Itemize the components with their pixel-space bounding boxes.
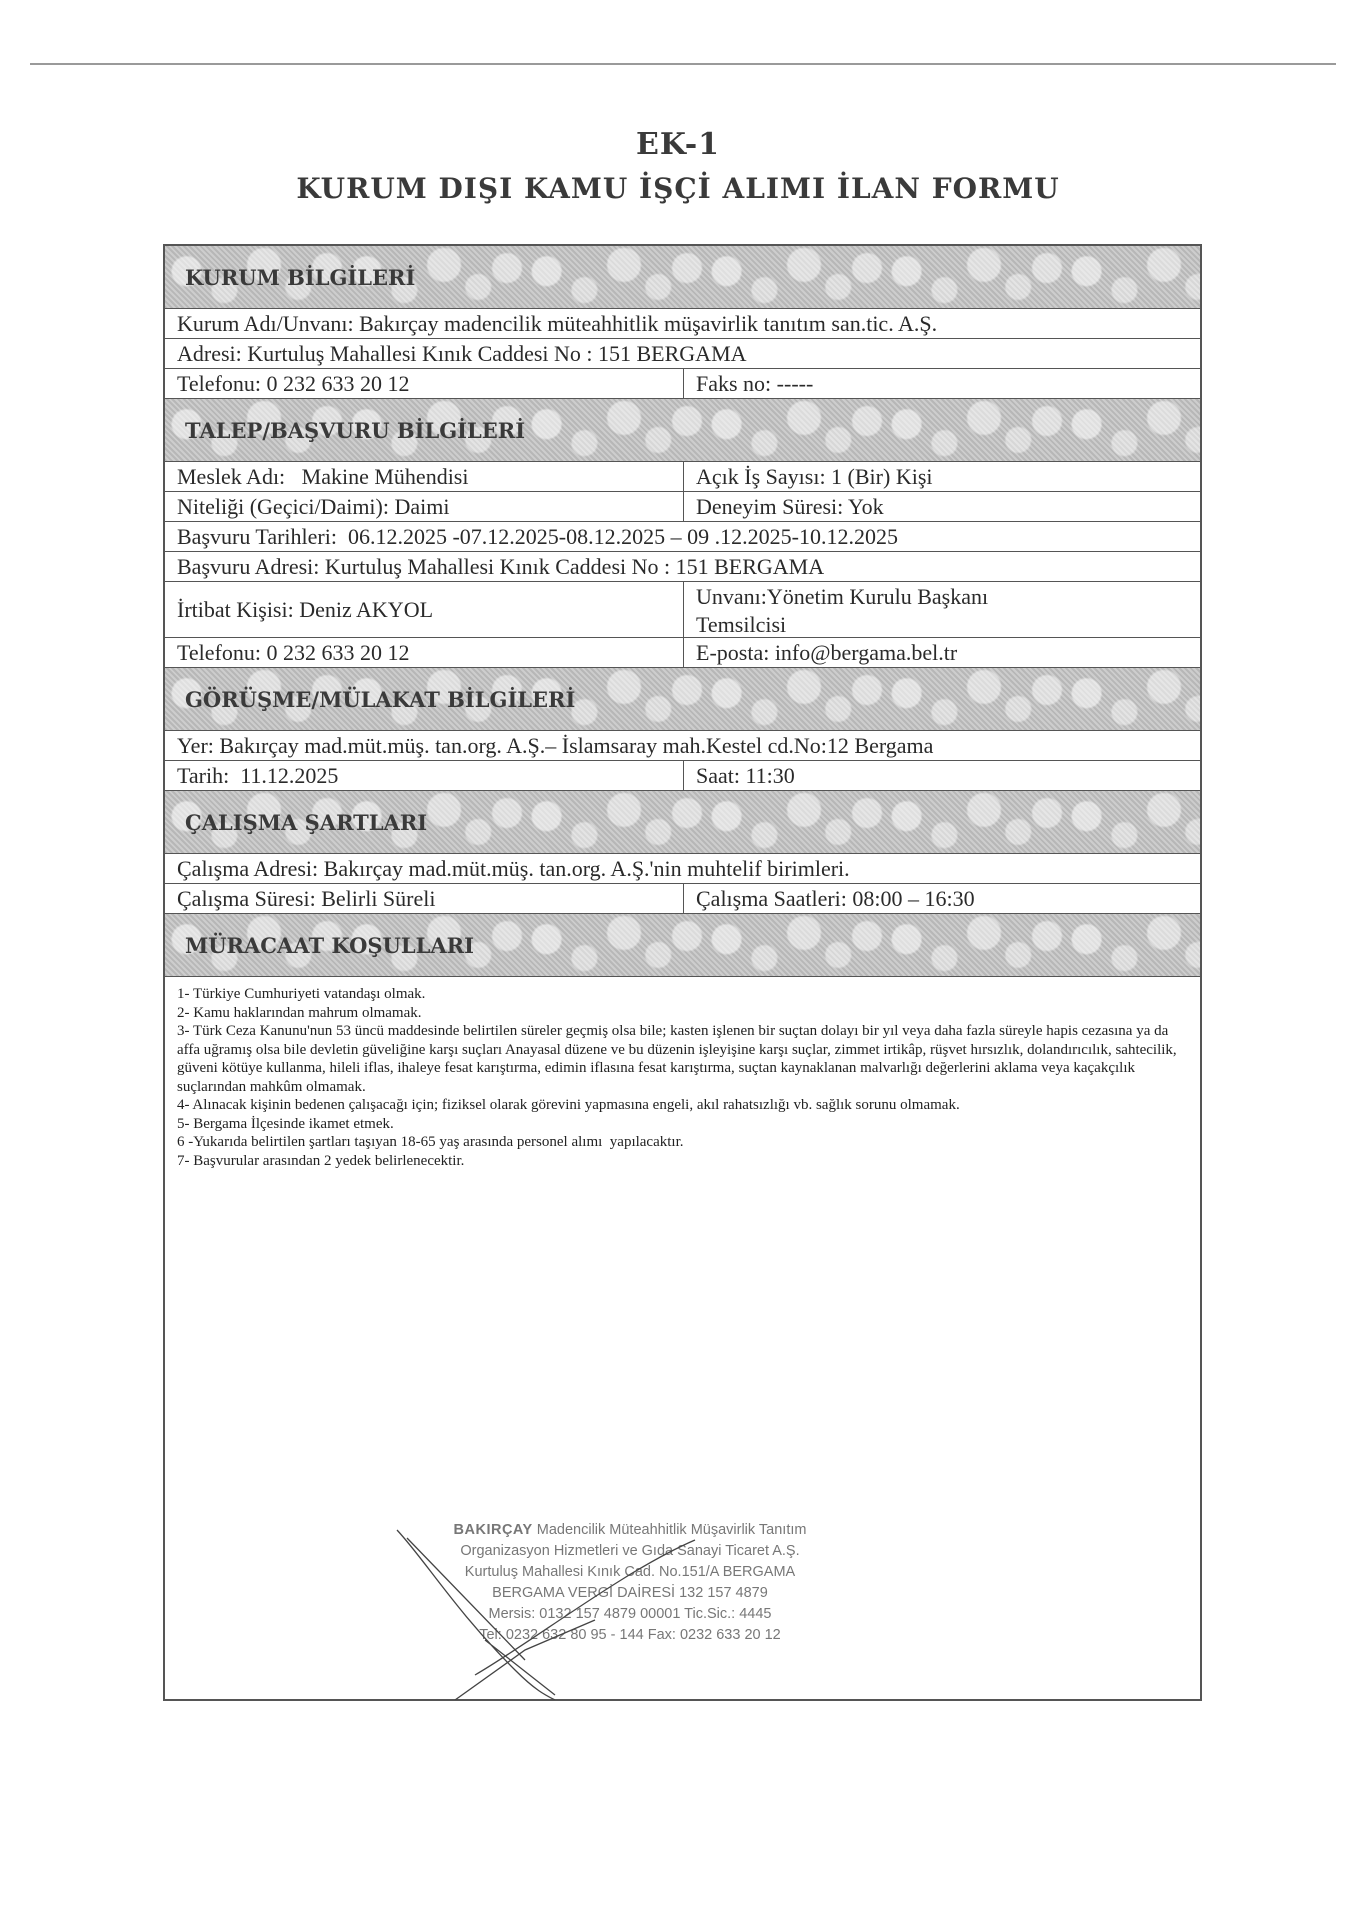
section-talep-heading: TALEP/BAŞVURU BİLGİLERİ: [165, 399, 1200, 462]
contact-title-line1: Unvanı:Yönetim Kurulu Başkanı: [696, 583, 1188, 611]
section-muracaat-heading: MÜRACAAT KOŞULLARI: [165, 914, 1200, 977]
contact-phone: Telefonu: 0 232 633 20 12: [165, 638, 684, 667]
kurum-phone: Telefonu: 0 232 633 20 12: [165, 369, 684, 398]
row-application-address: Başvuru Adresi: Kurtuluş Mahallesi Kınık…: [165, 552, 1200, 582]
row-work-address: Çalışma Adresi: Bakırçay mad.müt.müş. ta…: [165, 854, 1200, 884]
condition-item: 2- Kamu haklarından mahrum olmamak.: [177, 1004, 1188, 1023]
row-kurum-phone-fax: Telefonu: 0 232 633 20 12 Faks no: -----: [165, 369, 1200, 399]
company-stamp: BAKIRÇAY Madencilik Müteahhitlik Müşavir…: [395, 1520, 865, 1700]
interview-date: Tarih: 11.12.2025: [165, 761, 684, 790]
condition-item: 6 -Yukarıda belirtilen şartları taşıyan …: [177, 1133, 1188, 1152]
row-interview-datetime: Tarih: 11.12.2025 Saat: 11:30: [165, 761, 1200, 791]
application-address: Başvuru Adresi: Kurtuluş Mahallesi Kınık…: [165, 552, 1200, 581]
annex-label: EK-1: [0, 127, 1356, 162]
condition-item: 7- Başvurular arasından 2 yedek belirlen…: [177, 1152, 1188, 1171]
section-calisma-heading: ÇALIŞMA ŞARTLARI: [165, 791, 1200, 854]
kurum-fax: Faks no: -----: [684, 369, 1200, 398]
application-dates: Başvuru Tarihleri: 06.12.2025 -07.12.202…: [165, 522, 1200, 551]
contact-title: Unvanı:Yönetim Kurulu Başkanı Temsilcisi: [684, 582, 1200, 637]
row-interview-place: Yer: Bakırçay mad.müt.müş. tan.org. A.Ş.…: [165, 731, 1200, 761]
work-hours: Çalışma Saatleri: 08:00 – 16:30: [684, 884, 1200, 913]
page-title: KURUM DIŞI KAMU İŞÇİ ALIMI İLAN FORMU: [0, 172, 1356, 205]
position-nature: Niteliği (Geçici/Daimi): Daimi: [165, 492, 684, 521]
row-application-dates: Başvuru Tarihleri: 06.12.2025 -07.12.202…: [165, 522, 1200, 552]
row-work-duration-hours: Çalışma Süresi: Belirli Süreli Çalışma S…: [165, 884, 1200, 914]
signature-icon: [395, 1520, 865, 1700]
profession: Meslek Adı: Makine Mühendisi: [165, 462, 684, 491]
row-contact-phone-email: Telefonu: 0 232 633 20 12 E-posta: info@…: [165, 638, 1200, 668]
contact-person: İrtibat Kişisi: Deniz AKYOL: [165, 582, 684, 637]
condition-item: 1- Türkiye Cumhuriyeti vatandaşı olmak.: [177, 985, 1188, 1004]
contact-title-line2: Temsilcisi: [696, 611, 1188, 639]
scan-top-rule: [30, 63, 1336, 65]
condition-item: 4- Alınacak kişinin bedenen çalışacağı i…: [177, 1096, 1188, 1115]
section-gorusme-heading: GÖRÜŞME/MÜLAKAT BİLGİLERİ: [165, 668, 1200, 731]
row-kurum-address: Adresi: Kurtuluş Mahallesi Kınık Caddesi…: [165, 339, 1200, 369]
condition-item: 3- Türk Ceza Kanunu'nun 53 üncü maddesin…: [177, 1022, 1188, 1096]
experience: Deneyim Süresi: Yok: [684, 492, 1200, 521]
condition-item: 5- Bergama İlçesinde ikamet etmek.: [177, 1115, 1188, 1134]
section-kurum-heading: KURUM BİLGİLERİ: [165, 246, 1200, 309]
kurum-name: Kurum Adı/Unvanı: Bakırçay madencilik mü…: [165, 309, 1200, 338]
application-conditions: 1- Türkiye Cumhuriyeti vatandaşı olmak. …: [165, 977, 1200, 1170]
open-positions: Açık İş Sayısı: 1 (Bir) Kişi: [684, 462, 1200, 491]
contact-email: E-posta: info@bergama.bel.tr: [684, 638, 1200, 667]
row-nature: Niteliği (Geçici/Daimi): Daimi Deneyim S…: [165, 492, 1200, 522]
interview-place: Yer: Bakırçay mad.müt.müş. tan.org. A.Ş.…: [165, 731, 1200, 760]
kurum-address: Adresi: Kurtuluş Mahallesi Kınık Caddesi…: [165, 339, 1200, 368]
row-profession: Meslek Adı: Makine Mühendisi Açık İş Say…: [165, 462, 1200, 492]
announcement-form: KURUM BİLGİLERİ Kurum Adı/Unvanı: Bakırç…: [163, 244, 1202, 1701]
interview-time: Saat: 11:30: [684, 761, 1200, 790]
row-kurum-name: Kurum Adı/Unvanı: Bakırçay madencilik mü…: [165, 309, 1200, 339]
work-duration: Çalışma Süresi: Belirli Süreli: [165, 884, 684, 913]
work-address: Çalışma Adresi: Bakırçay mad.müt.müş. ta…: [165, 854, 1200, 883]
row-contact: İrtibat Kişisi: Deniz AKYOL Unvanı:Yönet…: [165, 582, 1200, 638]
